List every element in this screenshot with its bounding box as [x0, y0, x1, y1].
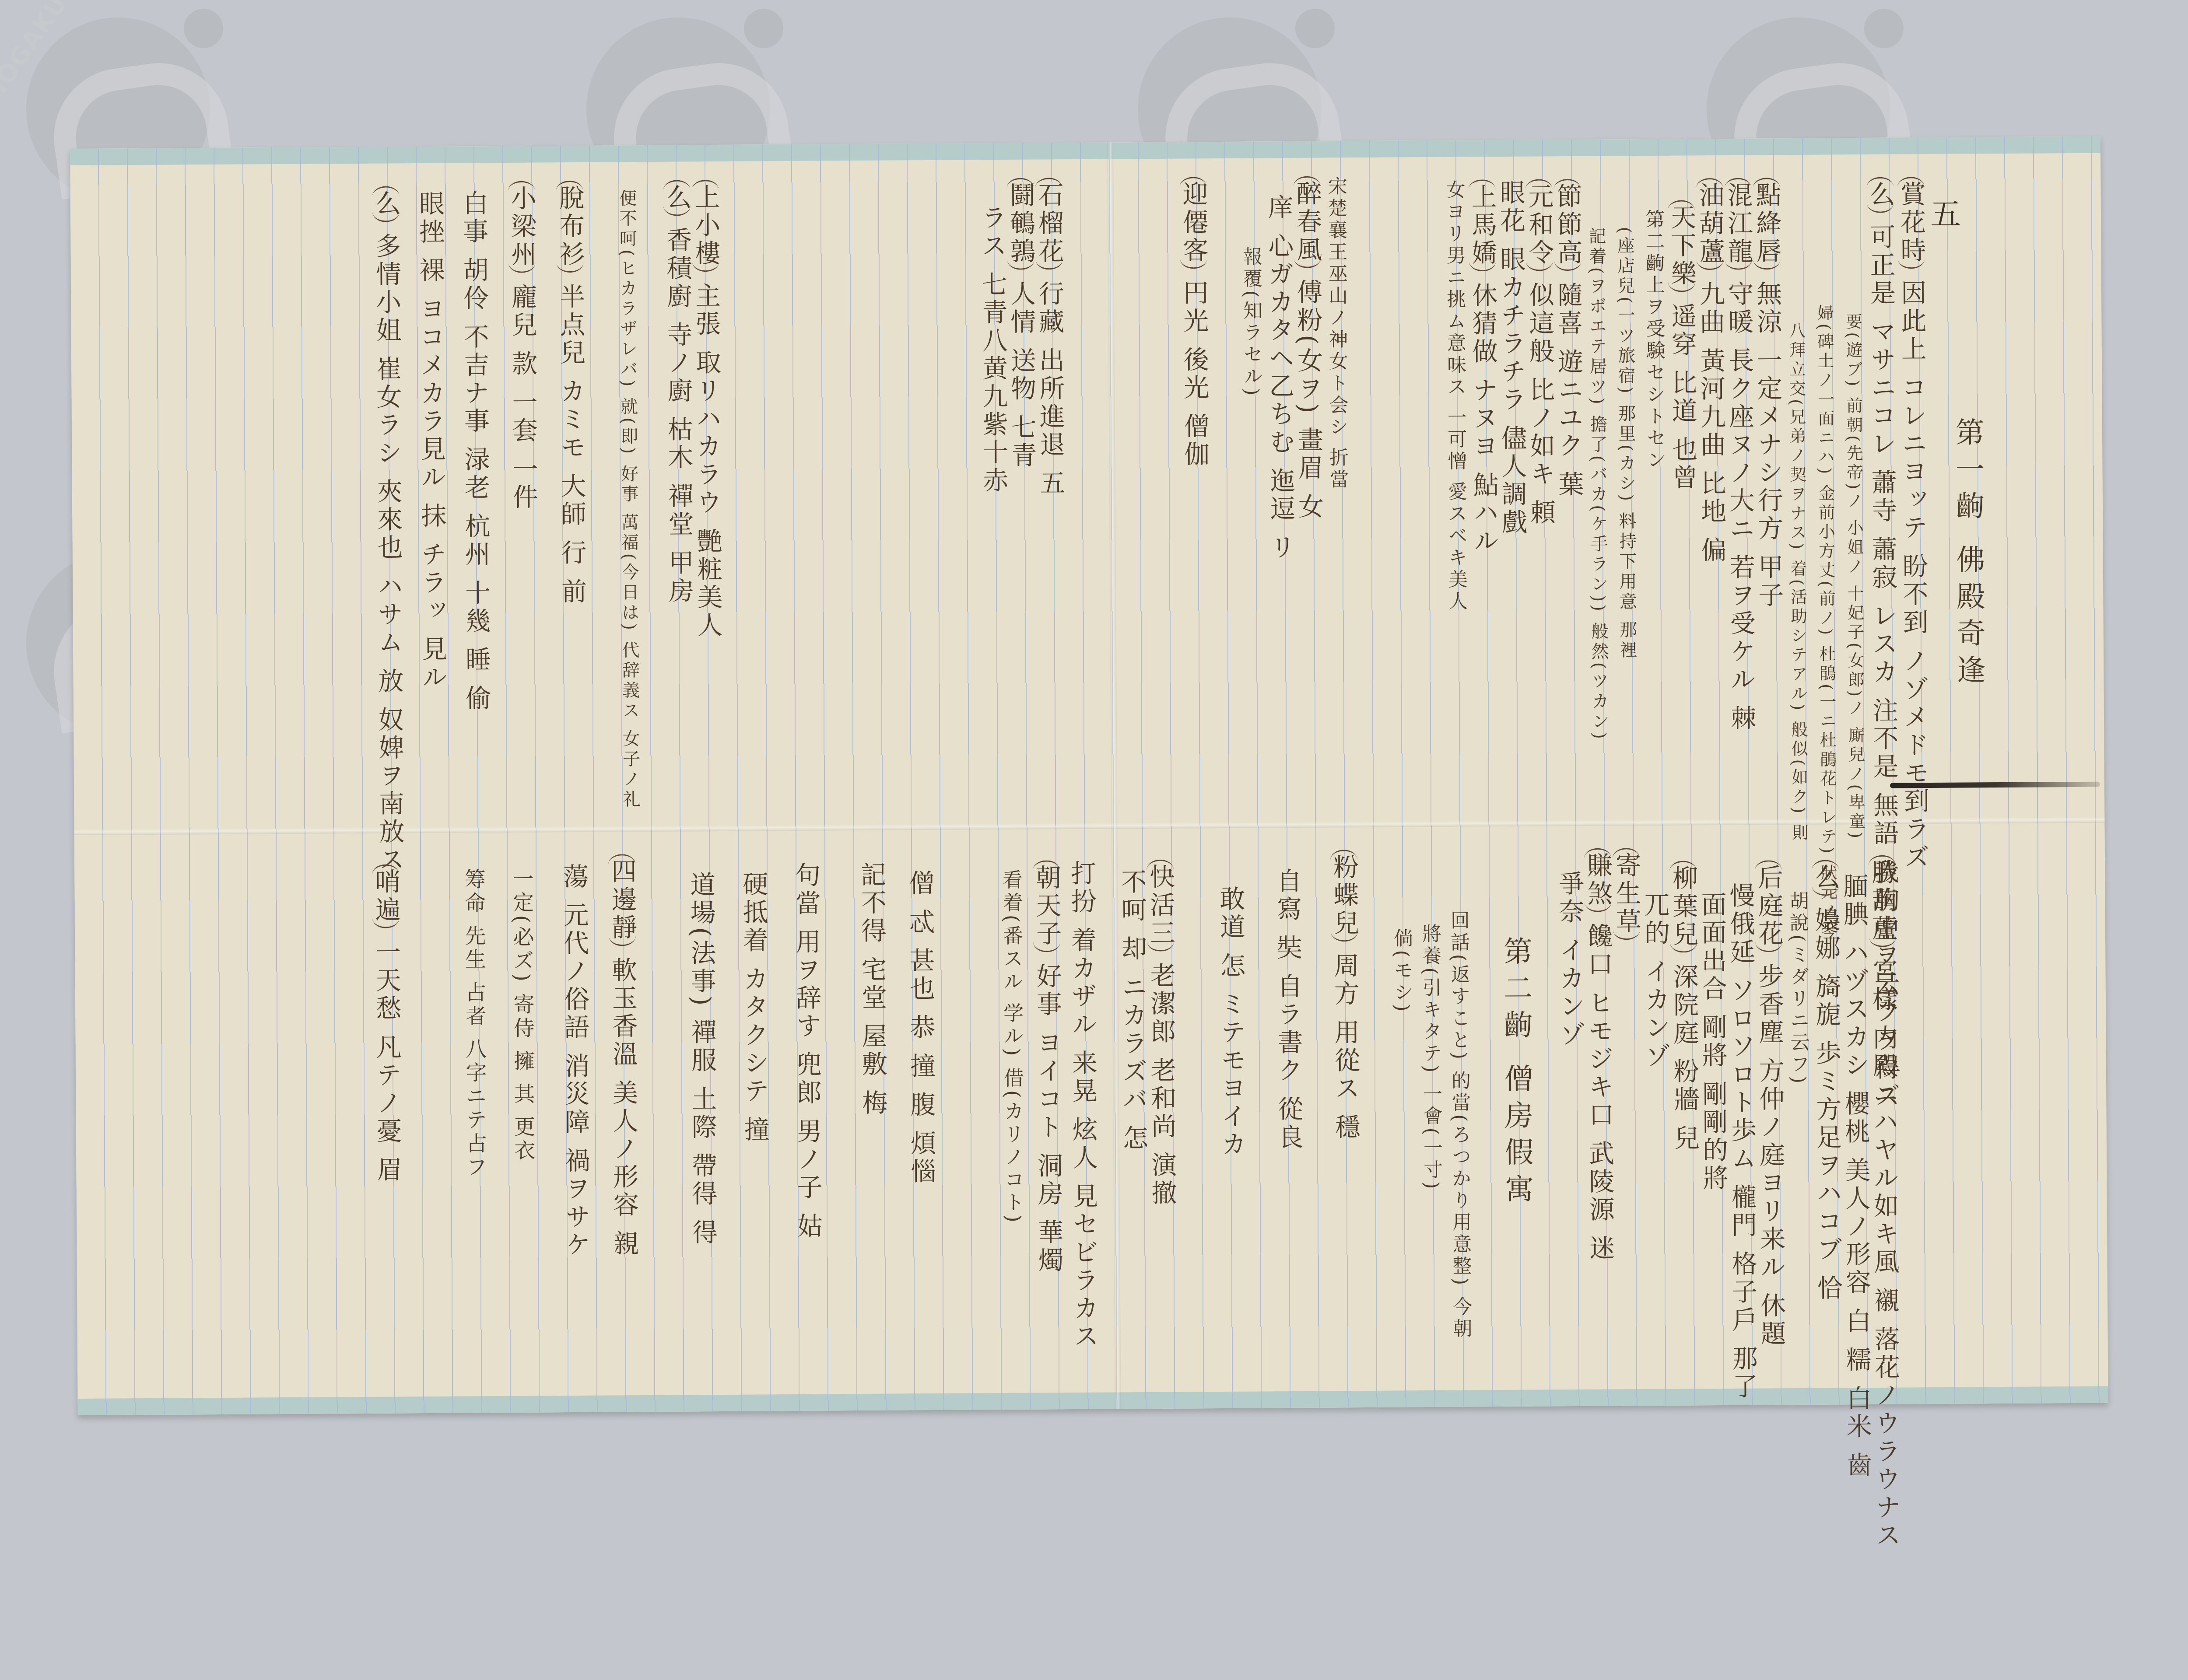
- tune-name: 么: [663, 180, 690, 216]
- text-column: 賺煞 饞口 ヒモジキ口 武陵源 迷: [1584, 848, 1614, 1263]
- text-column: 么 嬝娜 旖旎 歩ミ方足ヲハコブ 恰: [1812, 860, 1841, 1302]
- text-column: 一定(必ズ) 寄侍 擁 其 更衣: [508, 868, 536, 1163]
- tune-name: 么: [1866, 177, 1894, 213]
- text-column: 眼花 眼カチラチラ 儘人調戲: [1497, 179, 1526, 537]
- tune-name: 四邊靜: [608, 854, 636, 946]
- text-column: 道場(法事) 禪服 土際 帶得 得: [687, 871, 716, 1247]
- text-column: 筹命 先生 占者 八字ニテ占フ: [459, 868, 488, 1179]
- text-column: ラス 七青八黄九紫十赤: [978, 204, 1007, 495]
- text-column: 上小樓 主張 取リハカラウ 艷粧美人: [691, 180, 721, 640]
- text-column: 白事 胡伶 不吉ナ事 渌老 杭州 十幾 睡 偷: [460, 190, 490, 713]
- tune-name: 石榴花: [1035, 178, 1062, 269]
- text-column: 寄生草: [1613, 848, 1640, 940]
- text-column: 石榴花 行藏 出所進退 五: [1035, 178, 1064, 498]
- text-column: 節節高 隨喜 遊ニユク 葉: [1553, 179, 1582, 499]
- text-column: 僧 忒 甚也 恭 撞 腹 煩惱: [906, 870, 935, 1186]
- text-column: 女ヨリ男ニ挑ム意味ス 一可憎 愛スベキ美人: [1440, 179, 1469, 612]
- tune-name: 么: [1812, 860, 1839, 896]
- text-column: 第二齣上ヲ受験セシトセン: [1639, 209, 1668, 472]
- text-column: 醉春風 傅粉(女ヲ) 畫眉 女: [1293, 176, 1322, 521]
- text-column: 倘(モシ): [1388, 928, 1415, 1014]
- text-column: 回話(返すこと) 的當(ろつかり用意整) 今朝: [1445, 910, 1474, 1340]
- tune-name: 柳葉兒: [1669, 861, 1697, 952]
- text-column: 油葫蘆 九曲 黃河九曲 比地 偏: [1696, 178, 1725, 565]
- tune-name: 油葫蘆: [1696, 178, 1723, 270]
- text-column: 宋楚襄王巫山ノ神女ト会シ 折當: [1322, 176, 1350, 491]
- text-column: 么 香積廚 寺ノ廚 枯木 禪堂 甲房: [663, 180, 693, 605]
- tune-name: 醉春風: [1293, 176, 1321, 268]
- text-column: 勝葫蘆 宮樣 内殿ニハヤル如キ風 襯 落花ノウラウナス: [1869, 855, 1900, 1550]
- text-column: 朝天子 好事 ヨイコト 洞房 華燭: [1033, 860, 1062, 1275]
- text-column: 天下樂 遥穿 比道 也曾: [1668, 200, 1697, 492]
- text-column: 四邊靜 軟玉香溫 美人ノ形容 親: [608, 854, 638, 1258]
- text-column: 打扮 着カザル 来晃 炫人 見セビラカス: [1068, 860, 1098, 1351]
- text-column: 句當 用ヲ辞す 兜郎 男ノ子 姑: [792, 862, 821, 1241]
- text-column: (座店兒(一ツ旅宿) 那里(カシ) 料持下用意 那裡: [1611, 227, 1641, 661]
- tune-name: 粉蝶兒: [1330, 850, 1358, 941]
- text-column: 要(遊ブ) 前朝(先帝)ノ 小姐ノ 十妃子(女郎)ノ 廝兒ノ(卑童): [1839, 313, 1869, 841]
- tune-name: 勝葫蘆: [1869, 855, 1896, 947]
- text-column: 上馬嬌 休猜做 ナヌヨ 鮎ハル: [1468, 179, 1497, 556]
- text-column: 將養(引キタテ) 一會(一寸): [1416, 924, 1445, 1192]
- text-column: 蕩 元代ノ俗語 消災障 禍ヲサケ: [560, 863, 590, 1260]
- text-column: 記着(ヲボエテ居ツ) 擔了(バカ(ケ手ラン)) 般然(ツカン): [1582, 227, 1613, 742]
- page-number-mark: 五: [1930, 190, 1961, 234]
- text-column: 迎僊客 円光 後光 僧伽: [1179, 177, 1208, 469]
- tune-name: 上馬嬌: [1468, 179, 1496, 271]
- text-column: 脫布衫 半点兒 カミモ 大師 行 前: [556, 181, 586, 606]
- tune-name: 朝天子: [1033, 860, 1060, 952]
- tune-name: 快活三: [1147, 860, 1174, 952]
- text-column: 爭奈 イカンゾ: [1556, 870, 1584, 1049]
- tune-name: 鬪鵪鶉: [1006, 178, 1034, 270]
- tune-name: 節節高: [1553, 179, 1581, 271]
- text-column: 腼腆 ハヅスカシ 櫻桃 美人ノ形容 白 糯 白米 齒: [1840, 873, 1871, 1480]
- tune-name: 元和令: [1525, 179, 1553, 271]
- text-column: 八拜立交(兄弟ノ契ヲナス) 着(活助シテアル) 般似(如ク) 則: [1782, 322, 1812, 843]
- tune-name: 寄生草: [1613, 848, 1640, 940]
- tune-name: 脫布衫: [556, 181, 583, 273]
- text-column: 庠 心ガカタヘ乙ちむ 迤逗 リ: [1265, 194, 1294, 562]
- tune-name: 天下樂: [1668, 200, 1695, 292]
- text-column: 小梁州 龐兒 款 一套 一件: [508, 181, 537, 512]
- text-column: 硬抵着 カタクシテ 撞: [740, 871, 768, 1144]
- text-column: 面面出合 剛將 剛剛的將: [1698, 891, 1727, 1193]
- text-column: 自寫 奘 自ラ書ク 從良: [1273, 868, 1302, 1152]
- tune-name: 后庭花: [1755, 860, 1782, 952]
- text-column: 元和令 似這般 比ノ如キ 頼: [1525, 179, 1554, 527]
- tune-name: 上小樓: [691, 180, 719, 272]
- text-column: 賞花時 因此上 コレニヨッテ 盼不到 ノゾメドモ到ラズ: [1897, 177, 1929, 871]
- text-column: 快活三 老潔郎 老和尚 演撤: [1147, 860, 1176, 1208]
- text-column: 鬪鵪鶉 人情 送物 七青: [1006, 178, 1035, 470]
- text-column: 婦(碑土ノ一面ニハ) 金前小方丈(前ノ) 杜鵑(一ニ杜鵑花トレテ) 狀元ノ琴: [1810, 304, 1841, 941]
- text-column: 便不呵(ヒカラザレバ) 就(即) 好事 萬福(今日は) 代辞義ス 女子ノ礼: [613, 189, 644, 810]
- text-column: 眼挫 裸 ヨコメカラ見ル 抹 チラッ 見ル: [416, 190, 446, 692]
- tune-name: 賞花時: [1897, 177, 1925, 269]
- text-column: 哨遍 一天愁 凡テノ憂 眉: [372, 864, 401, 1184]
- tune-name: 么: [372, 186, 400, 222]
- text-column: 后庭花 步香塵 方仲ノ庭ヨリ来ル 休題: [1755, 860, 1785, 1348]
- manuscript-sheet: 五 第一齣 佛殿奇逢 賞花時 因此上 コレニヨッテ 盼不到 ノゾメドモ到ラズ 么…: [70, 136, 2108, 1415]
- text-column: 敢道 怎 ミテモヨイカ: [1217, 885, 1245, 1159]
- act-title-upper: 第一齣 佛殿奇逢: [1953, 417, 1982, 691]
- text-column: 慢俄延 ソロソロト歩ム 櫳門 格子戶 那了: [1726, 882, 1757, 1401]
- text-column: 看着(番スル 学ル) 借(カリノコト): [998, 869, 1027, 1225]
- text-column: 么 多情小姐 崔女ラシ 夾來也 ハサム 放 奴婢ヲ南放ス: [372, 186, 404, 874]
- tune-name: 小梁州: [508, 181, 535, 273]
- text-column: 柳葉兒 深院庭 粉牆 兒: [1669, 861, 1698, 1153]
- text-column: 點絳唇 無涼 一定メナシ行方 甲子: [1753, 178, 1782, 610]
- tune-name: 賺煞: [1584, 848, 1612, 912]
- text-column: 報覆(知ラセル): [1237, 246, 1265, 398]
- text-column: 胡說(ミダリニ云フ): [1783, 891, 1812, 1086]
- tune-name: 點絳唇: [1753, 178, 1780, 269]
- text-column: 混江龍 守暖 長ク座ヌノ大ニ 若ヲ受ケル 棘: [1724, 178, 1755, 733]
- text-column: 兀的 イカンゾ: [1641, 892, 1669, 1071]
- text-column: 不呵 却 ニカラズバ 怎: [1118, 868, 1147, 1153]
- tune-name: 迎僊客: [1179, 177, 1207, 269]
- text-column: 粉蝶兒 周方 用從ス 穩: [1330, 850, 1359, 1142]
- act-title-lower: 第二齣 僧房假寓: [1501, 936, 1530, 1211]
- tune-name: 混江龍: [1724, 178, 1752, 270]
- tune-name: 哨遍: [372, 864, 400, 928]
- text-column: 記不得 宅堂 屋敷 梅: [858, 861, 887, 1118]
